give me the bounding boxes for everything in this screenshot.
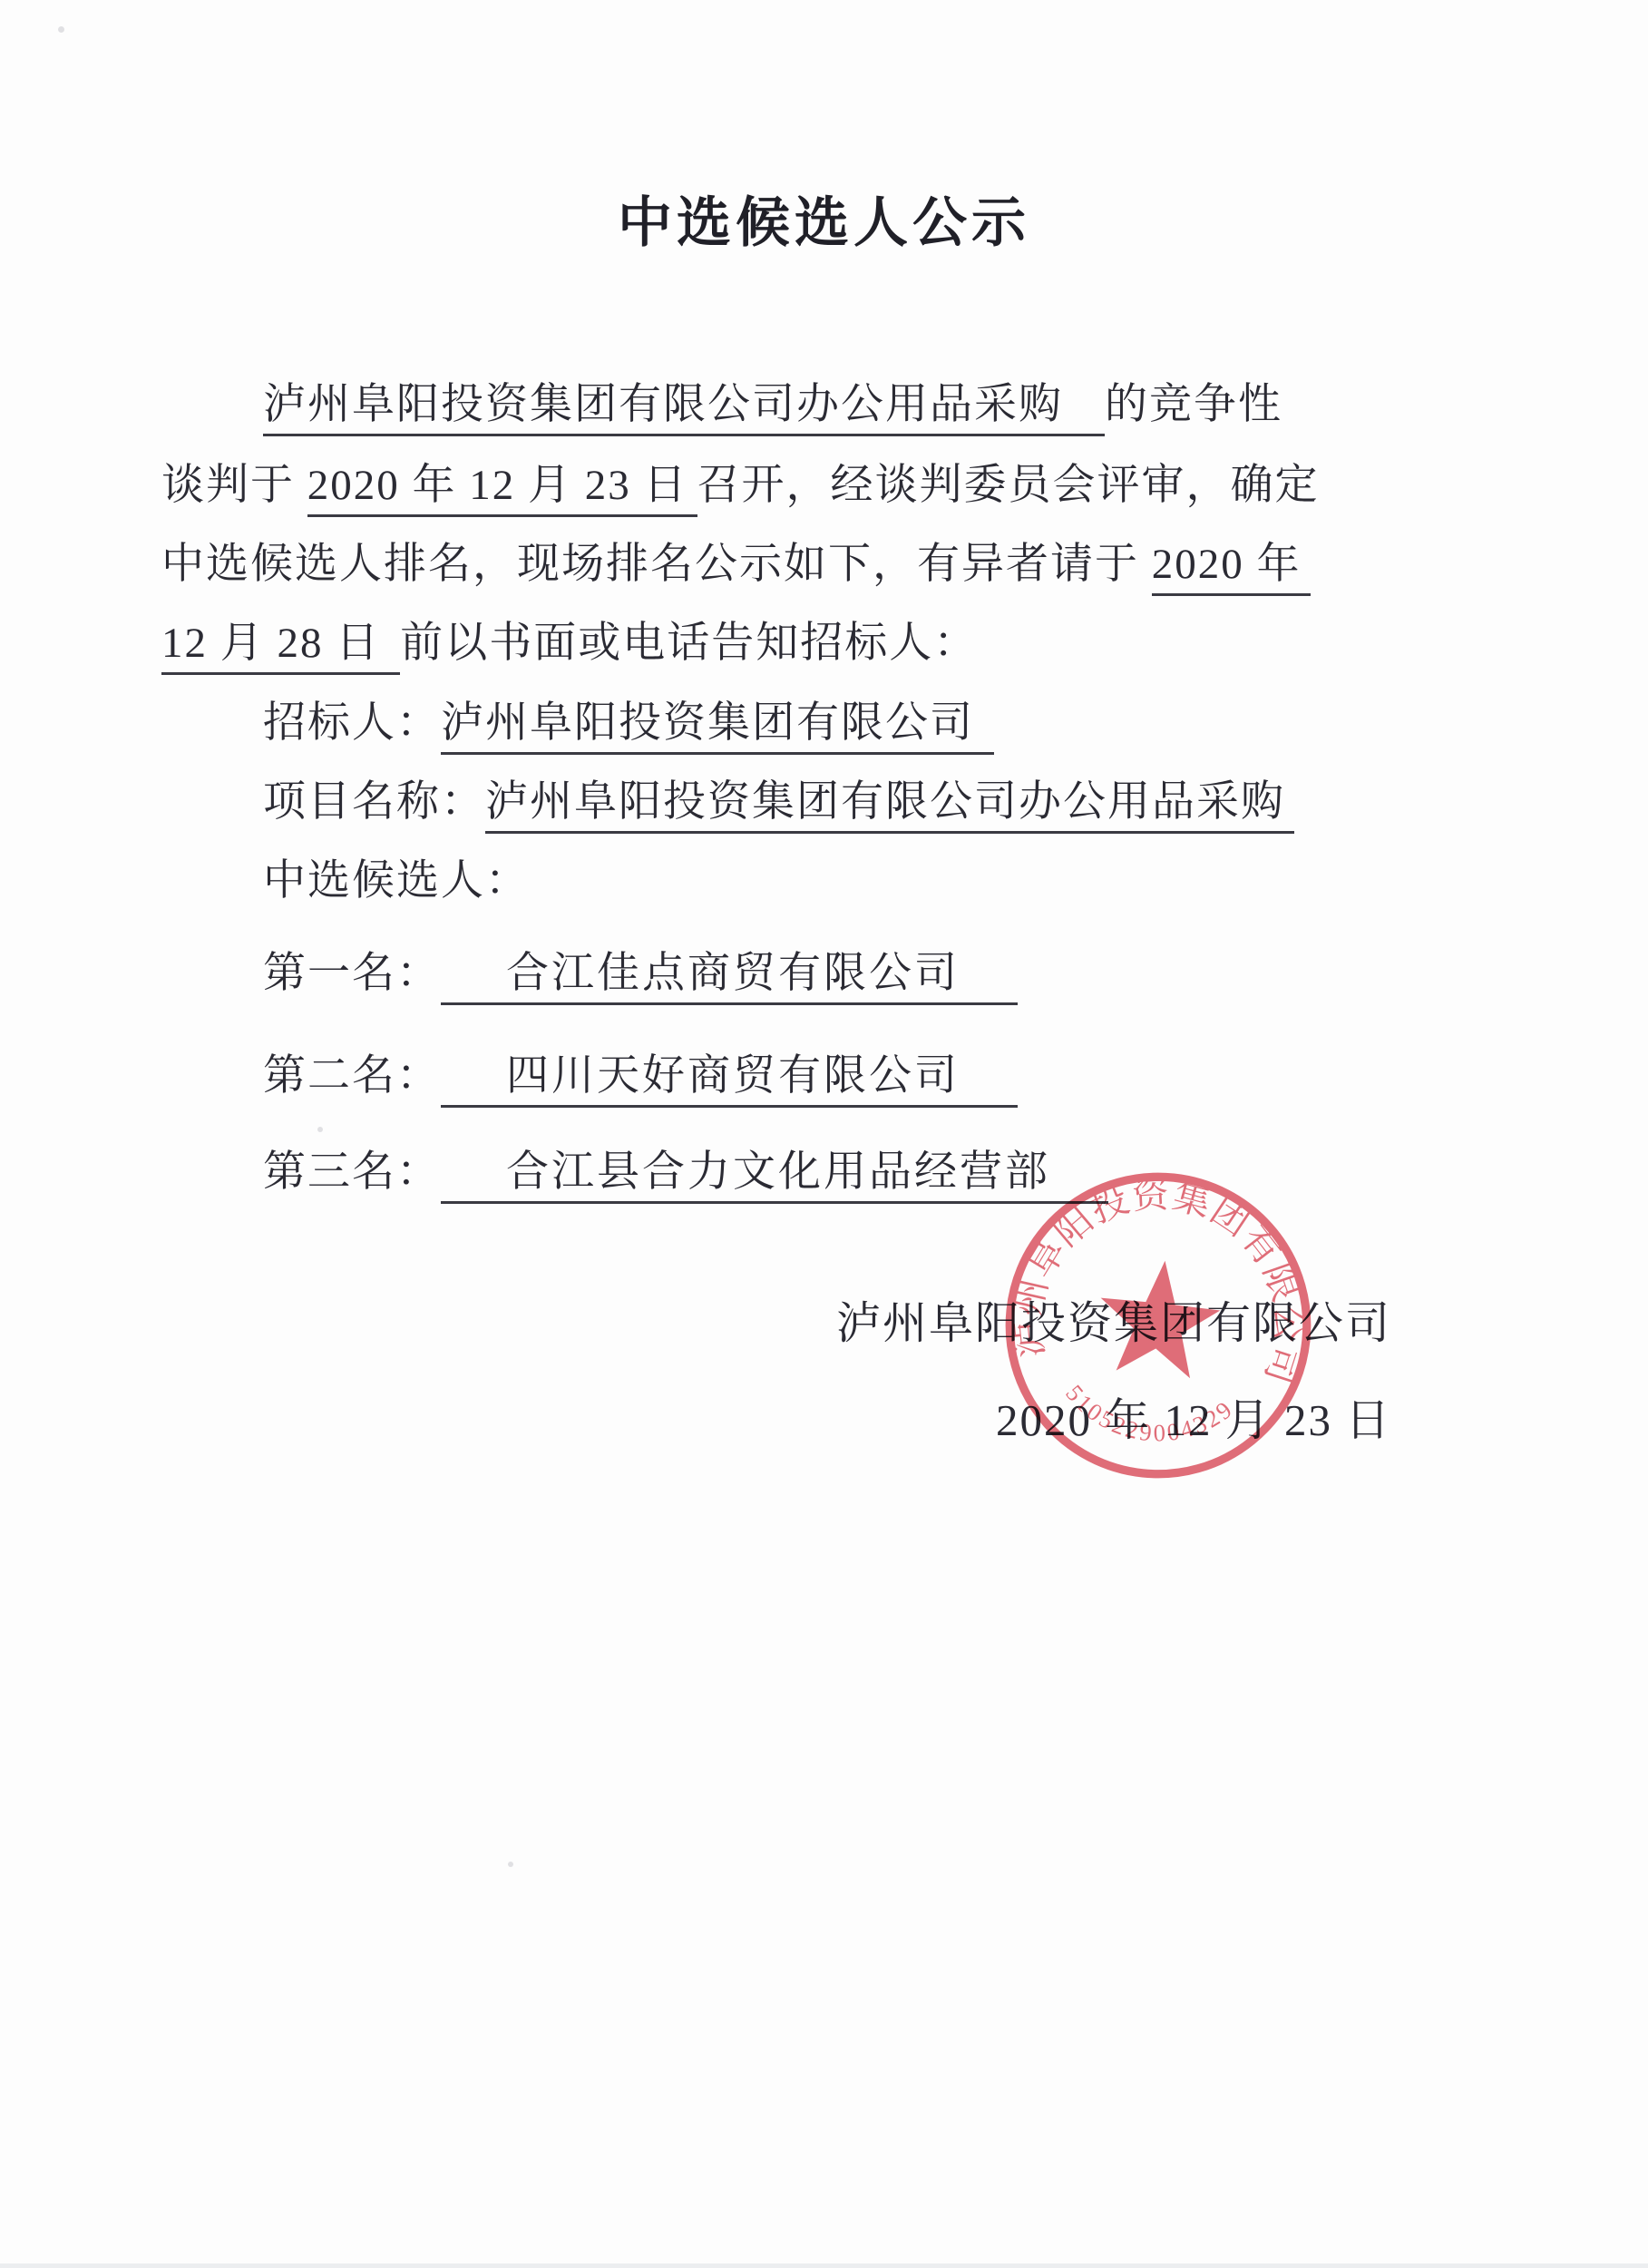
intro-line-1: 泸州阜阳投资集团有限公司办公用品采购的竞争性 bbox=[263, 370, 1282, 431]
project-value: 泸州阜阳投资集团有限公司办公用品采购 bbox=[485, 778, 1294, 834]
intro-line-4: 12 月 28 日前以书面或电话告知招标人： bbox=[161, 609, 978, 670]
intro-line-3: 中选候选人排名，现场排名公示如下，有异者请于 2020 年 bbox=[161, 530, 1311, 591]
project-row: 项目名称：泸州阜阳投资集团有限公司办公用品采购 bbox=[263, 767, 1294, 828]
rank-3-value: 合江县合力文化用品经营部 bbox=[441, 1149, 1108, 1204]
scan-bottom-edge bbox=[0, 2263, 1648, 2268]
bidder-value: 泸州阜阳投资集团有限公司 bbox=[441, 699, 994, 755]
svg-text:5105229004329: 5105229004329 bbox=[1057, 1378, 1242, 1455]
stamp-serial-number: 5105229004329 bbox=[1057, 1378, 1242, 1455]
meeting-date-underlined: 2020 年 12 月 23 日 bbox=[307, 462, 697, 517]
intro-line-2-b: 召开，经谈判委员会评审，确定 bbox=[697, 462, 1320, 509]
intro-line-2-a: 谈判于 bbox=[161, 462, 307, 509]
scan-speck bbox=[58, 26, 64, 33]
document-title: 中选候选人公示 bbox=[0, 180, 1648, 258]
rank-2-row: 第二名：四川天好商贸有限公司 bbox=[263, 1041, 1018, 1102]
intro-line-4-b: 前以书面或电话告知招标人： bbox=[400, 620, 978, 667]
objection-date-underlined: 12 月 28 日 bbox=[161, 620, 400, 675]
document-scan: 中选候选人公示 泸州阜阳投资集团有限公司办公用品采购的竞争性 谈判于 2020 … bbox=[0, 0, 1648, 2268]
intro-line-2: 谈判于 2020 年 12 月 23 日召开，经谈判委员会评审，确定 bbox=[161, 451, 1320, 512]
rank-1-label: 第一名： bbox=[263, 950, 441, 997]
rank-1-value: 合江佳点商贸有限公司 bbox=[441, 950, 1018, 1005]
rank-2-value: 四川天好商贸有限公司 bbox=[441, 1052, 1018, 1108]
intro-line-1-rest: 的竞争性 bbox=[1105, 381, 1282, 428]
project-name-underlined: 泸州阜阳投资集团有限公司办公用品采购 bbox=[263, 381, 1105, 436]
candidates-heading-label: 中选候选人： bbox=[263, 857, 530, 904]
bidder-label: 招标人： bbox=[263, 699, 441, 747]
candidates-heading: 中选候选人： bbox=[263, 846, 530, 907]
objection-year-underlined: 2020 年 bbox=[1152, 541, 1311, 596]
rank-1-row: 第一名：合江佳点商贸有限公司 bbox=[263, 939, 1018, 1000]
rank-2-label: 第二名： bbox=[263, 1052, 441, 1100]
scan-speck bbox=[317, 1127, 323, 1132]
scan-speck bbox=[508, 1862, 513, 1867]
company-seal-stamp: 泸州阜阳投资集团有限公司 5105229004329 bbox=[985, 1152, 1331, 1499]
star-icon bbox=[1093, 1255, 1224, 1381]
rank-3-label: 第三名： bbox=[263, 1149, 441, 1196]
bidder-row: 招标人：泸州阜阳投资集团有限公司 bbox=[263, 689, 994, 749]
rank-3-row: 第三名：合江县合力文化用品经营部 bbox=[263, 1138, 1108, 1198]
intro-line-3-a: 中选候选人排名，现场排名公示如下，有异者请于 bbox=[161, 541, 1152, 588]
project-label: 项目名称： bbox=[263, 778, 485, 826]
